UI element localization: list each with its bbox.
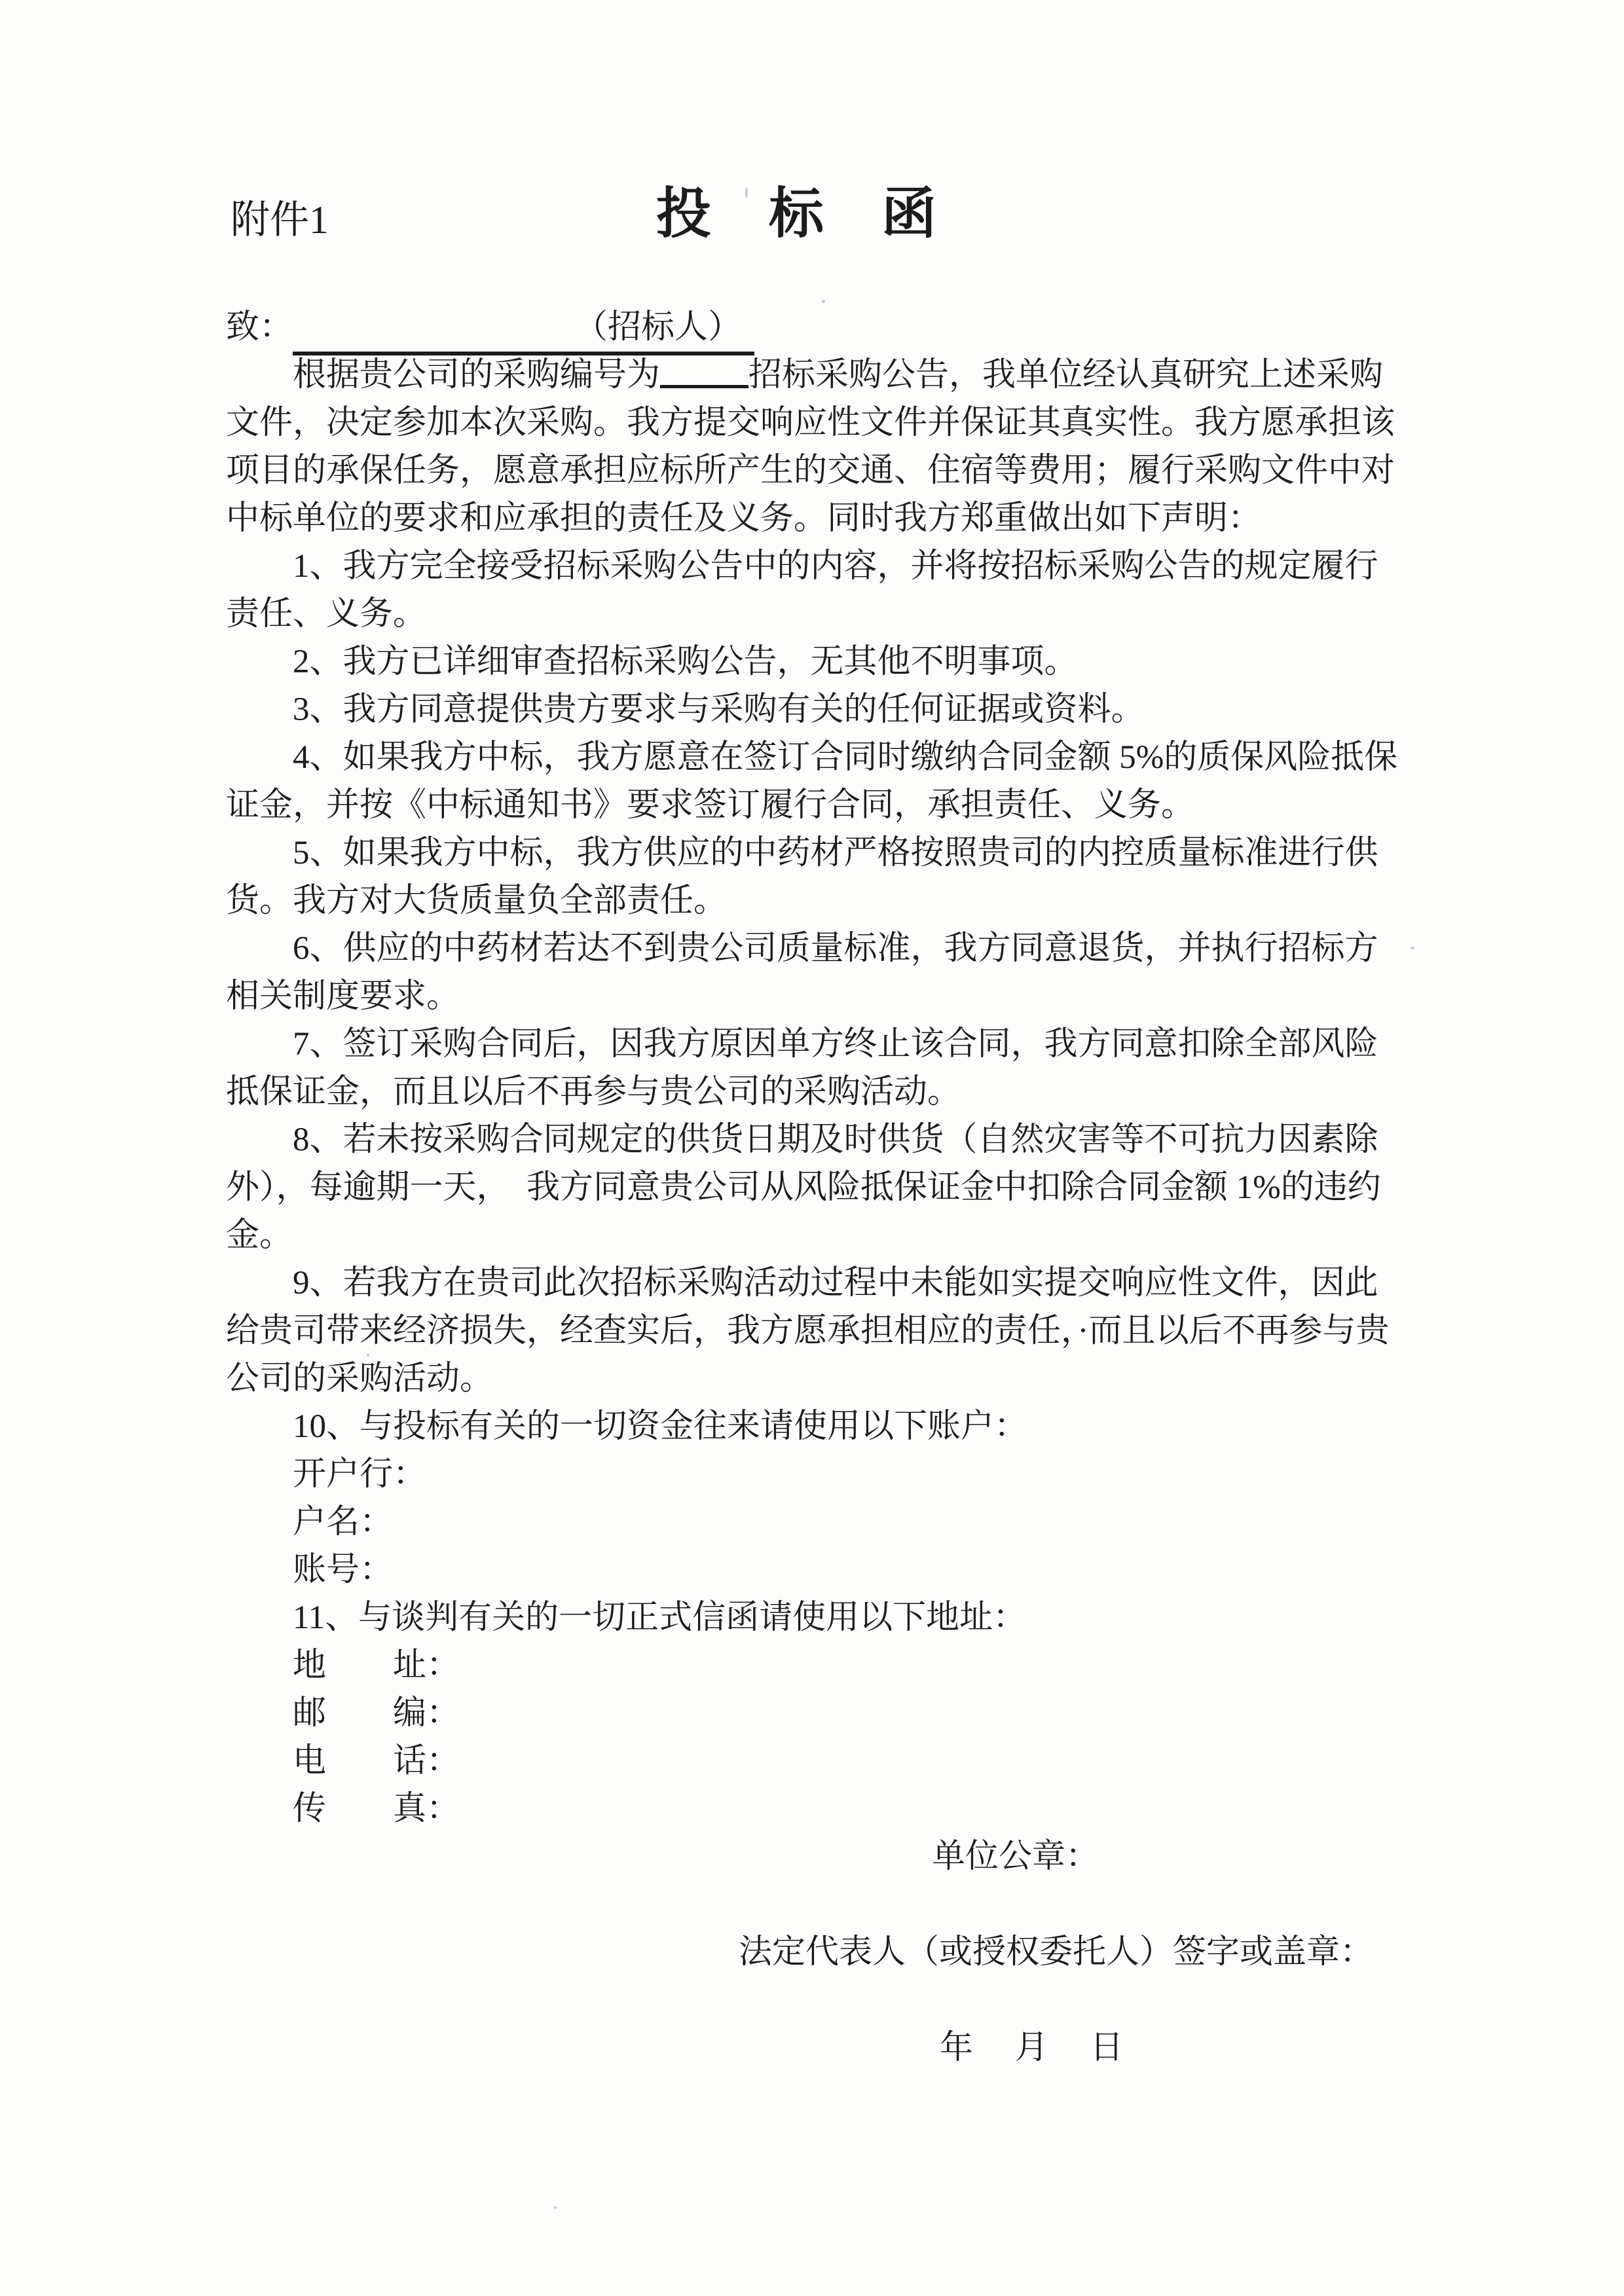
body-line: 5、如果我方中标，我方供应的中药材严格按照贵司的内控质量标准进行供 xyxy=(226,829,1411,877)
spacer-line xyxy=(226,1881,1411,1929)
body-text: 招标采购公告，我单位经认真研究上述采购 xyxy=(748,357,1383,393)
account-number-line: 账号： xyxy=(226,1546,1411,1594)
phone-line: 电 话： xyxy=(226,1738,1411,1785)
body-line: 4、如果我方中标，我方愿意在签订合同时缴纳合同金额 5%的质保风险抵保 xyxy=(226,734,1411,782)
body-line: 根据贵公司的采购编号为招标采购公告，我单位经认真研究上述采购 xyxy=(226,352,1411,399)
page-title: 投 标 函 xyxy=(656,182,938,248)
body-line: 11、与谈判有关的一切正式信函请使用以下地址： xyxy=(226,1594,1411,1642)
postcode-line: 邮 编： xyxy=(226,1690,1411,1738)
scan-speck xyxy=(822,300,825,303)
body-line: 9、若我方在贵司此次招标采购活动过程中未能如实提交响应性文件，因此 xyxy=(226,1260,1411,1307)
legal-representative-line: 法定代表人（或授权委托人）签字或盖章： xyxy=(226,1929,1411,1977)
document-body: 致：（招标人）根据贵公司的采购编号为招标采购公告，我单位经认真研究上述采购文件，… xyxy=(226,304,1411,2072)
body-line: 证金，并按《中标通知书》要求签订履行合同，承担责任、义务。 xyxy=(226,782,1411,829)
body-text: 根据贵公司的采购编号为 xyxy=(293,357,660,393)
body-line: 抵保证金，而且以后不再参与贵公司的采购活动。 xyxy=(226,1068,1411,1116)
address-line: 地 址： xyxy=(226,1642,1411,1690)
body-line: 公司的采购活动。 xyxy=(226,1355,1411,1403)
scan-speck xyxy=(554,2206,557,2209)
body-line: 2、我方已详细审查招标采购公告，无其他不明事项。 xyxy=(226,638,1411,686)
procurement-number-blank xyxy=(660,380,748,388)
body-line: 给贵司带来经济损失，经查实后，我方愿承担相应的责任，·而且以后不再参与贵 xyxy=(226,1307,1411,1355)
tenderer-blank-underline: （招标人） xyxy=(293,304,754,355)
bank-line: 开户行： xyxy=(226,1451,1411,1499)
scan-speck xyxy=(1411,947,1414,949)
body-line: 文件，决定参加本次采购。我方提交响应性文件并保证其真实性。我方愿承担该 xyxy=(226,399,1411,447)
spacer-line xyxy=(226,1977,1411,2024)
scan-speck xyxy=(745,187,748,198)
body-line: 金。 xyxy=(226,1212,1411,1260)
scan-speck xyxy=(367,1354,369,1357)
body-line: 外），每逾期一天， 我方同意贵公司从风险抵保证金中扣除合同金额 1%的违约 xyxy=(226,1164,1411,1212)
salutation-line: 致：（招标人） xyxy=(226,304,1411,352)
body-line: 10、与投标有关的一切资金往来请使用以下账户： xyxy=(226,1403,1411,1451)
date-line: 年 月 日 xyxy=(226,2024,1411,2072)
body-line: 责任、义务。 xyxy=(226,591,1411,638)
attachment-label: 附件1 xyxy=(231,196,329,244)
fax-line: 传 真： xyxy=(226,1785,1411,1833)
tenderer-hint-label: （招标人） xyxy=(574,309,741,346)
body-line: 8、若未按采购合同规定的供货日期及时供货（自然灾害等不可抗力因素除 xyxy=(226,1116,1411,1164)
body-line: 1、我方完全接受招标采购公告中的内容，并将按招标采购公告的规定履行 xyxy=(226,543,1411,591)
body-line: 项目的承保任务，愿意承担应标所产生的交通、住宿等费用；履行采购文件中对 xyxy=(226,447,1411,495)
body-line: 3、我方同意提供贵方要求与采购有关的任何证据或资料。 xyxy=(226,686,1411,734)
unit-seal-line: 单位公章： xyxy=(226,1833,1411,1881)
body-line: 中标单位的要求和应承担的责任及义务。同时我方郑重做出如下声明： xyxy=(226,495,1411,543)
body-line: 7、签订采购合同后，因我方原因单方终止该合同，我方同意扣除全部风险 xyxy=(226,1021,1411,1068)
body-line: 6、供应的中药材若达不到贵公司质量标准，我方同意退货，并执行招标方 xyxy=(226,925,1411,973)
body-line: 相关制度要求。 xyxy=(226,973,1411,1021)
salutation-prefix: 致： xyxy=(226,309,293,346)
account-name-line: 户名： xyxy=(226,1499,1411,1546)
body-line: 货。我方对大货质量负全部责任。 xyxy=(226,877,1411,925)
document-page: 附件1 投 标 函 致：（招标人）根据贵公司的采购编号为招标采购公告，我单位经认… xyxy=(0,0,1624,2296)
